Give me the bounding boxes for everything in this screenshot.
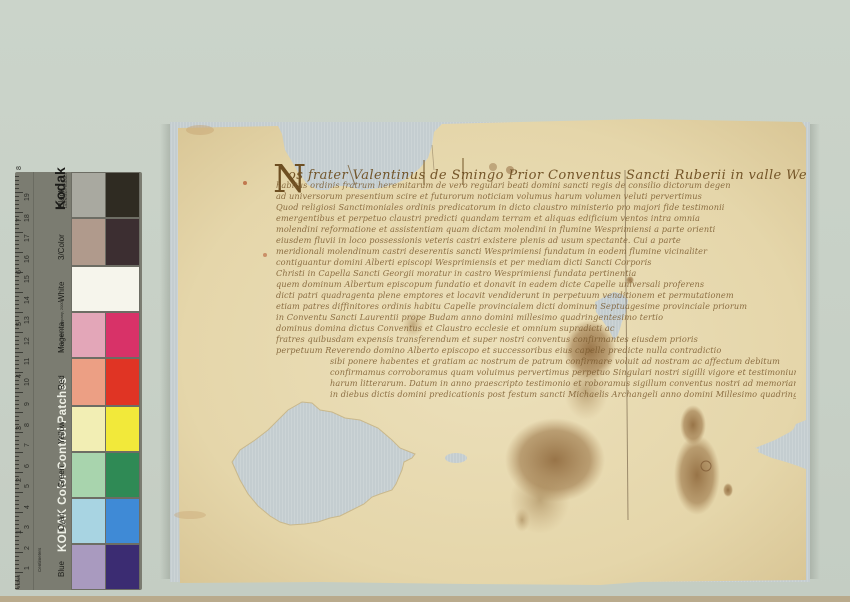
manuscript-line: emergentibus et perpetuo claustri predic… (276, 213, 794, 223)
manuscript-line: habitus ordinis fratrum heremitarum de v… (276, 180, 794, 190)
manuscript-line: eiusdem fluvii in loco possessionis vete… (276, 235, 794, 245)
manuscript-text: os frater Valentinus de Smingo Prior Con… (270, 158, 800, 420)
manuscript-line: dicti patri quadragenta plene emptores e… (276, 290, 794, 300)
manuscript-line: in Conventu Sancti Laurentii prope Budam… (276, 312, 794, 322)
manuscript-line: harum litterarum. Datum in anno praescri… (330, 378, 796, 388)
manuscript-line: molendini reformatione et assistentiam q… (276, 224, 794, 234)
manuscript-line: quem dominum Albertum episcopum fundatio… (276, 279, 794, 289)
manuscript-line: perpetuum Reverendo domino Alberto episc… (276, 345, 794, 355)
manuscript-line: in diebus dictis domini predicationis po… (330, 389, 796, 399)
bottom-edge (0, 596, 850, 602)
manuscript-line: ad universorum presentium scire et futur… (276, 191, 794, 201)
manuscript-line: Christi in Capella Sancti Georgii moratu… (276, 268, 794, 278)
manuscript-line: contiguantur domini Alberti episcopi Wes… (276, 257, 794, 267)
manuscript-line: confirmamus corroboramus quam voluimus p… (330, 367, 796, 377)
manuscript-line: sibi ponere habentes et gratiam ac nostr… (330, 356, 796, 366)
manuscript-line: etiam patres diffinitores ordinis habitu… (276, 301, 794, 311)
manuscript-line: dominus domina dictus Conventus et Claus… (276, 323, 794, 333)
manuscript-line: fratres quibusdam expensis transferendum… (276, 334, 794, 344)
manuscript-line: meridionali molendinum castri deserentis… (276, 246, 794, 256)
manuscript-line: Quod religiosi Sanctimoniales ordinis pr… (276, 202, 794, 212)
